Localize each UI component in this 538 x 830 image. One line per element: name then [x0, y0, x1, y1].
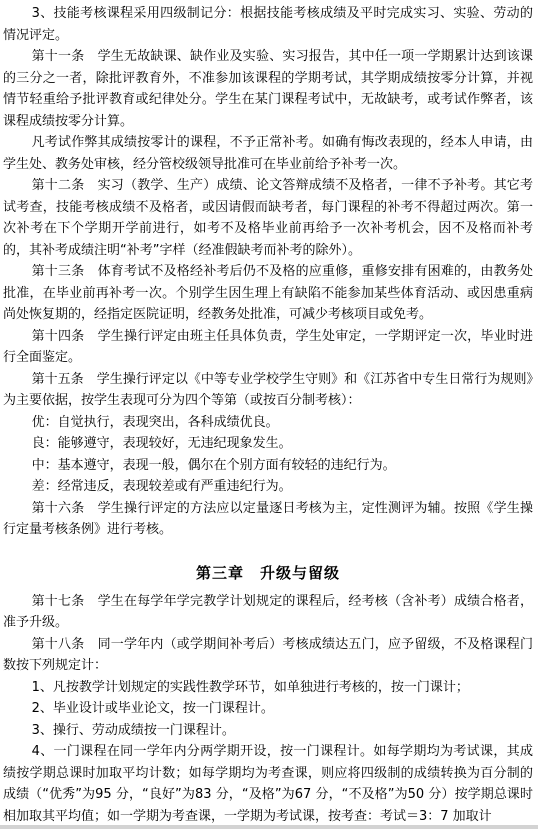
paragraph: 2、毕业设计或毕业论文，按一门课程计。 [3, 698, 533, 720]
paragraph: 第十三条 体育考试不及格经补考后仍不及格的应重修，重修安排有困难的，由教务处批准… [3, 261, 533, 326]
paragraph: 第十二条 实习（教学、生产）成绩、论文答辩成绩不及格者，一律不予补考。其它考试考… [3, 175, 533, 261]
paragraph: 4、一门课程在同一学年内分两学期开设，按一门课程计。如每学期均为考试课，其成绩按… [3, 741, 533, 827]
paragraph: 3、技能考核课程采用四级制记分：根据技能考核成绩及平时完成实习、实验、劳动的情况… [3, 3, 533, 46]
paragraph: 优：自觉执行，表现突出，各科成绩优良。 [3, 412, 533, 434]
paragraph: 第十一条 学生无故缺课、缺作业及实验、实习报告，其中任一项一学期累计达到该课的三… [3, 46, 533, 132]
paragraph: 第十七条 学生在每学年学完教学计划规定的课程后，经考核（含补考）成绩合格者，准予… [3, 591, 533, 634]
paragraph: 凡考试作弊其成绩按零计的课程，不予正常补考。如确有悔改表现的，经本人申请，由学生… [3, 132, 533, 175]
horizontal-scrollbar-track[interactable] [0, 825, 538, 829]
paragraph: 第十八条 同一学年内（或学期间补考后）考核成绩达五门，应予留级，不及格课程门数按… [3, 634, 533, 677]
paragraph: 第十五条 学生操行评定以《中等专业学校学生守则》和《江苏省中专生日常行为规则》为… [3, 369, 533, 412]
chapter-heading: 第三章 升级与留级 [3, 562, 533, 584]
paragraph: 第十六条 学生操行评定的方法应以定量逐日考核为主，定性测评为辅。按照《学生操行定… [3, 498, 533, 541]
paragraph: 差：经常违反，表现较差或有严重违纪行为。 [3, 476, 533, 498]
paragraph: 第十四条 学生操行评定由班主任具体负责，学生处审定，一学期评定一次，毕业时进行全… [3, 326, 533, 369]
document-page: 3、技能考核课程采用四级制记分：根据技能考核成绩及平时完成实习、实验、劳动的情况… [3, 3, 533, 827]
paragraph: 中：基本遵守，表现一般，偶尔在个别方面有较轻的违纪行为。 [3, 455, 533, 477]
paragraph: 良：能够遵守，表现较好，无违纪现象发生。 [3, 433, 533, 455]
paragraph: 3、操行、劳动成绩按一门课程计。 [3, 720, 533, 742]
paragraph: 1、凡按教学计划规定的实践性教学环节，如单独进行考核的，按一门课计； [3, 677, 533, 699]
